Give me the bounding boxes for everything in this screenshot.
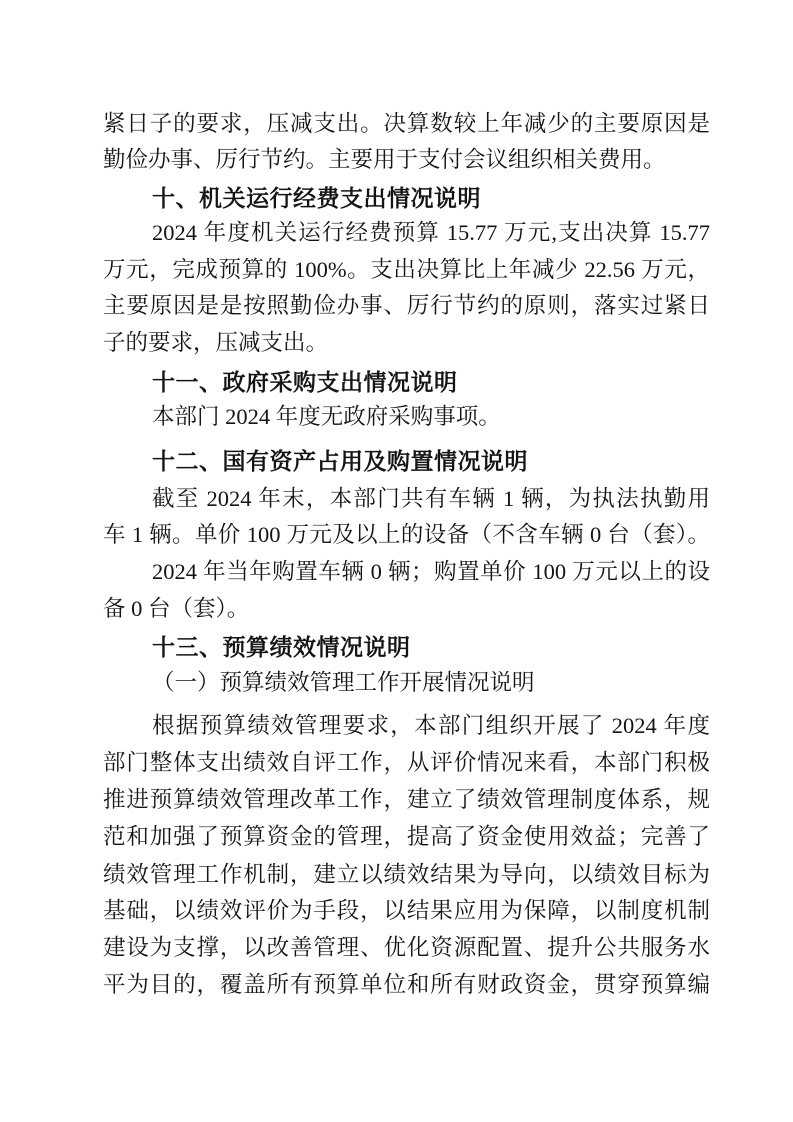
section-heading-11: 十一、政府采购支出情况说明 (103, 368, 710, 397)
body-line: 紧日子的要求，压减支出。决算数较上年减少的主要原因是 (103, 110, 710, 139)
body-line: 建设为支撑，以改善管理、优化资源配置、提升公共服务水 (103, 934, 710, 963)
body-line: 子的要求，压减支出。 (103, 329, 710, 358)
body-line: 部门整体支出绩效自评工作，从评价情况来看，本部门积极 (103, 749, 710, 778)
body-line: 基础，以绩效评价为手段，以结果应用为保障，以制度机制 (103, 897, 710, 926)
body-line: 绩效管理工作机制，建立以绩效结果为导向，以绩效目标为 (103, 861, 710, 890)
body-line: 勤俭办事、厉行节约。主要用于支付会议组织相关费用。 (103, 146, 710, 175)
body-line: 根据预算绩效管理要求，本部门组织开展了 2024 年度 (103, 712, 710, 741)
section-heading-12: 十二、国有资产占用及购置情况说明 (103, 447, 710, 476)
document-page: 紧日子的要求，压减支出。决算数较上年减少的主要原因是 勤俭办事、厉行节约。主要用… (0, 0, 793, 1122)
body-line: 范和加强了预算资金的管理，提高了资金使用效益；完善了 (103, 823, 710, 852)
body-line: 2024 年当年购置车辆 0 辆；购置单价 100 万元以上的设 (103, 558, 710, 587)
body-line: 主要原因是是按照勤俭办事、厉行节约的原则，落实过紧日 (103, 292, 710, 321)
body-line: 备 0 台（套）。 (103, 595, 710, 624)
body-line: 车 1 辆。单价 100 万元及以上的设备（不含车辆 0 台（套）。 (103, 521, 710, 550)
body-line: 万元，完成预算的 100%。支出决算比上年减少 22.56 万元， (103, 256, 710, 285)
subsection-heading-1: （一）预算绩效管理工作开展情况说明 (103, 669, 710, 698)
section-heading-10: 十、机关运行经费支出情况说明 (103, 184, 710, 213)
body-line: 本部门 2024 年度无政府采购事项。 (103, 403, 710, 432)
section-heading-13: 十三、预算绩效情况说明 (103, 633, 710, 662)
body-line: 平为目的，覆盖所有预算单位和所有财政资金，贯穿预算编 (103, 971, 710, 1000)
body-line: 2024 年度机关运行经费预算 15.77 万元,支出决算 15.77 (103, 219, 710, 248)
body-line: 推进预算绩效管理改革工作，建立了绩效管理制度体系，规 (103, 786, 710, 815)
body-line: 截至 2024 年末，本部门共有车辆 1 辆，为执法执勤用 (103, 485, 710, 514)
